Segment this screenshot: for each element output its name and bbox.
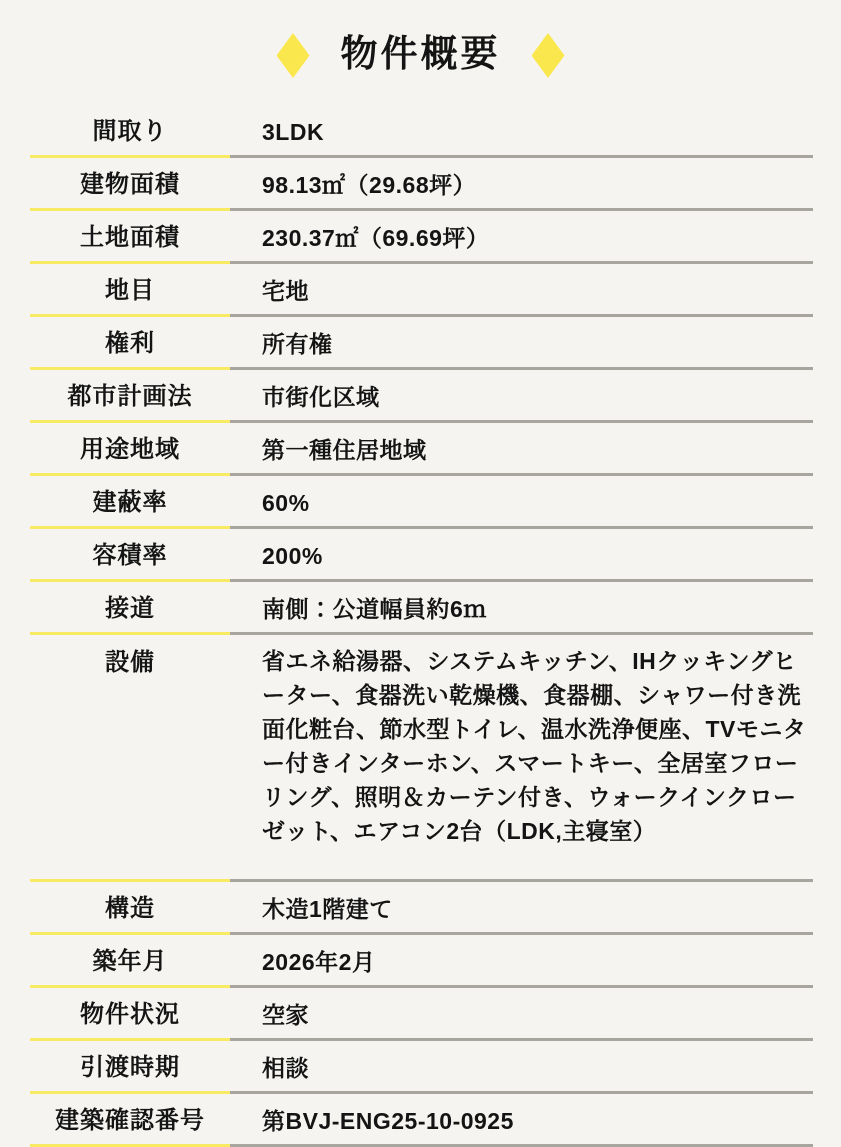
row-label: 都市計画法 bbox=[30, 370, 230, 423]
table-row: 構造 木造1階建て bbox=[30, 882, 813, 935]
row-value: 木造1階建て bbox=[230, 882, 813, 935]
row-value: 相談 bbox=[230, 1041, 813, 1094]
table-row: 用途地域 第一種住居地域 bbox=[30, 423, 813, 476]
table-row: 建物面積 98.13㎡（29.68坪） bbox=[30, 158, 813, 211]
row-value: 2026年2月 bbox=[230, 935, 813, 988]
row-label: 建築確認番号 bbox=[30, 1094, 230, 1147]
row-label: 権利 bbox=[30, 317, 230, 370]
row-value: 空家 bbox=[230, 988, 813, 1041]
table-row: 間取り 3LDK bbox=[30, 105, 813, 158]
table-row: 建築確認番号 第BVJ-ENG25-10-0925 bbox=[30, 1094, 813, 1147]
row-value: 200% bbox=[230, 529, 813, 582]
row-value: 所有権 bbox=[230, 317, 813, 370]
table-row: 容積率 200% bbox=[30, 529, 813, 582]
row-label: 物件状況 bbox=[30, 988, 230, 1041]
row-value: 60% bbox=[230, 476, 813, 529]
table-row: 都市計画法 市街化区域 bbox=[30, 370, 813, 423]
table-row: 権利 所有権 bbox=[30, 317, 813, 370]
row-value: 第BVJ-ENG25-10-0925 bbox=[230, 1094, 813, 1147]
table-row: 接道 南側：公道幅員約6ｍ bbox=[30, 582, 813, 635]
row-value: 南側：公道幅員約6ｍ bbox=[230, 582, 813, 635]
row-value: 230.37㎡（69.69坪） bbox=[230, 211, 813, 264]
row-label: 容積率 bbox=[30, 529, 230, 582]
row-label: 引渡時期 bbox=[30, 1041, 230, 1094]
table-row: 物件状況 空家 bbox=[30, 988, 813, 1041]
row-value: 市街化区域 bbox=[230, 370, 813, 423]
table-row: 築年月 2026年2月 bbox=[30, 935, 813, 988]
row-label: 設備 bbox=[30, 635, 230, 882]
row-label: 用途地域 bbox=[30, 423, 230, 476]
row-label: 建蔽率 bbox=[30, 476, 230, 529]
row-label: 接道 bbox=[30, 582, 230, 635]
row-label: 地目 bbox=[30, 264, 230, 317]
table-row: 引渡時期 相談 bbox=[30, 1041, 813, 1094]
property-overview-page: 物件概要 間取り 3LDK 建物面積 98.13㎡（29.68坪） 土地面積 2… bbox=[0, 0, 841, 1147]
diamond-icon-left bbox=[277, 33, 310, 78]
table-row: 地目 宅地 bbox=[30, 264, 813, 317]
row-value: 3LDK bbox=[230, 105, 813, 158]
diamond-icon-right bbox=[532, 33, 565, 78]
row-label: 建物面積 bbox=[30, 158, 230, 211]
page-header: 物件概要 bbox=[0, 0, 841, 105]
row-value: 第一種住居地域 bbox=[230, 423, 813, 476]
row-label: 間取り bbox=[30, 105, 230, 158]
row-label: 土地面積 bbox=[30, 211, 230, 264]
row-label: 構造 bbox=[30, 882, 230, 935]
row-value: 98.13㎡（29.68坪） bbox=[230, 158, 813, 211]
property-spec-table: 間取り 3LDK 建物面積 98.13㎡（29.68坪） 土地面積 230.37… bbox=[30, 105, 813, 1147]
table-row: 建蔽率 60% bbox=[30, 476, 813, 529]
table-row: 設備 省エネ給湯器、システムキッチン、IHクッキングヒーター、食器洗い乾燥機、食… bbox=[30, 635, 813, 882]
row-value: 省エネ給湯器、システムキッチン、IHクッキングヒーター、食器洗い乾燥機、食器棚、… bbox=[230, 635, 813, 882]
row-value: 宅地 bbox=[230, 264, 813, 317]
table-row: 土地面積 230.37㎡（69.69坪） bbox=[30, 211, 813, 264]
row-label: 築年月 bbox=[30, 935, 230, 988]
page-title: 物件概要 bbox=[341, 35, 501, 76]
